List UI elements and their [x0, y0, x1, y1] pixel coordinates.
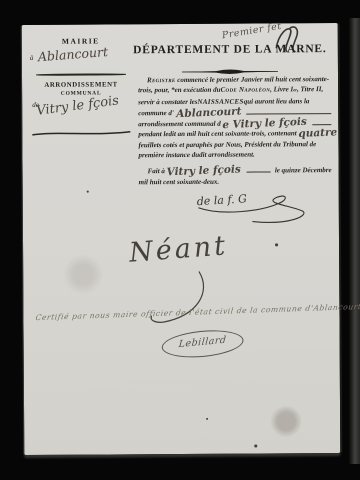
blank-rule: [246, 165, 271, 173]
mairie-label: MAIRIE: [30, 36, 132, 46]
line2-a: trois, pour, *en exécution du: [138, 85, 221, 96]
ink-speck: [206, 418, 208, 420]
feuillets-count-handwriting: quatre: [299, 129, 338, 139]
mayor-signature-handwriting: Lebillard: [178, 330, 228, 357]
chef-lieu-handwriting: Vitry le fçois: [36, 93, 120, 118]
mairie-commune-line: à Ablancourt: [30, 47, 132, 68]
ink-speck: [87, 191, 89, 193]
line2-b: , Livre I: [270, 85, 293, 95]
fait-date-text: le quinze Décembre: [275, 165, 332, 176]
registre-word: Registre: [147, 76, 176, 84]
chef-lieu-line: de Vitry le fçois: [30, 96, 132, 125]
margin-rule-top: [36, 73, 126, 75]
neant-annotation: Néant: [128, 230, 229, 268]
fait-place-handwriting: Vitry le fçois: [167, 166, 241, 177]
commune-fill-handwriting: Ablancourt: [176, 107, 242, 118]
line3-b: qui auront lieu dans la: [244, 96, 310, 107]
line1-rest: commencé le premier Janvier mil huit cen…: [175, 75, 329, 84]
book-page-stack-edge: [349, 18, 360, 464]
line5-label: arrondissement communal d: [138, 119, 221, 130]
fait-a-line: Fait àVitry le fçoisle quinze Décembre: [139, 164, 332, 176]
margin-rule-bottom: [30, 124, 132, 143]
arrondissement-fill-handwriting: e Vitry le fçois: [223, 118, 308, 129]
line3-a: servir à constater les: [138, 96, 197, 107]
a-label: à: [30, 54, 34, 62]
president-signature: de la f. G: [191, 191, 311, 232]
line2-c: , Titre II,: [297, 84, 323, 94]
blank-rule: [312, 117, 331, 125]
blank-rule: [246, 106, 331, 115]
ink-speck: [275, 243, 278, 246]
code-napoleon: Code Napoléon: [221, 85, 271, 96]
department-title: DÉPARTEMENT DE LA MARNE.: [130, 43, 330, 56]
signature-flourish: [191, 191, 311, 232]
register-line-7: feuillets cotés et paraphés par Nous, Pr…: [138, 139, 331, 150]
arrondissement-label: ARRONDISSEMENT: [30, 81, 132, 89]
fait-a-label: Fait à: [139, 166, 165, 176]
register-title-page: Premier fet MAIRIE à Ablancourt ARRONDIS…: [22, 23, 341, 455]
commune-handwriting: Ablancourt: [37, 44, 108, 64]
register-paragraph: Registre commencé le premier Janvier mil…: [138, 74, 332, 187]
register-line-8: première instance dudit arrondissement.: [138, 149, 331, 160]
line4-label: commune d': [138, 108, 174, 119]
margin-column: MAIRIE à Ablancourt ARRONDISSEMENT COMMU…: [30, 36, 133, 142]
scanned-register-page: Premier fet MAIRIE à Ablancourt ARRONDIS…: [0, 0, 360, 480]
ink-speck: [254, 445, 257, 448]
